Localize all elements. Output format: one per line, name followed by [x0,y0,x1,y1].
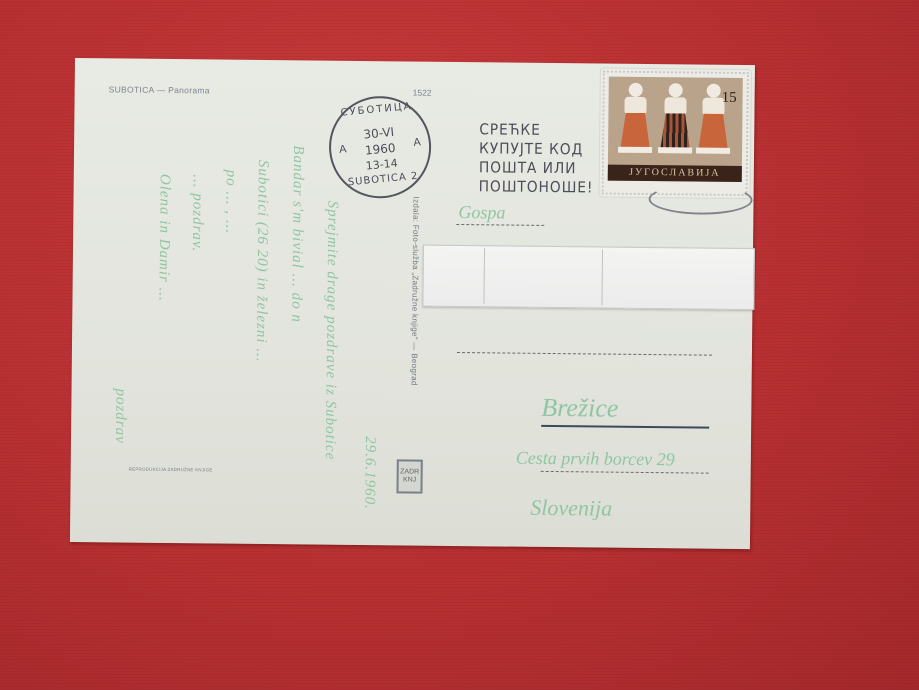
message-line: Bandar s'm bivial ... do n [287,145,306,323]
postmark: СУБОТИЦА 30-VI 1960 13-14 SUBOTICA 2 A A [325,92,436,203]
slogan-line: ПОШТОНОШЕ! [479,177,594,197]
stamp-value: 15 [722,90,737,107]
folk-dancer-figure [618,83,653,159]
address-line [456,224,544,226]
address-line [541,471,709,474]
message-line: Sprejmite drage pozdrave iz Subotice [321,201,341,461]
message-line: pozdrav [111,388,129,444]
address-street: Cesta prvih borcev 29 [516,448,675,471]
slogan-line: КУПУЈТЕ КОД [479,139,594,159]
message-line: Subotici (26 20) in železni ... [252,160,271,363]
stamp-country: ЈУГОСЛАВИЈА [608,165,742,182]
postcard-number: 1522 [413,88,432,98]
publisher-logo-icon: ZADR KNJ [396,459,422,493]
address-line [457,352,712,356]
postcard-title: SUBOTICA — Panorama [109,84,210,95]
slogan-cancel: СРЕЋКЕ КУПУЈТЕ КОД ПОШТА ИЛИ ПОШТОНОШЕ! [479,120,595,197]
slogan-line: СРЕЋКЕ [479,120,594,140]
publisher-credit: Izdala: Foto-služba „Zadružne knjige" — … [410,197,421,386]
address-underline [541,425,709,429]
wavy-cancel-mark [648,184,752,215]
slogan-line: ПОШТА ИЛИ [479,158,594,178]
postmark-letter-left: A [339,143,347,156]
folk-dancer-figure [658,83,693,159]
stamp-artwork: 15 ЈУГОСЛАВИЈА [608,77,743,182]
postage-stamp: 15 ЈУГОСЛАВИЈА [600,69,751,199]
paper-tape-strip [422,245,755,310]
recipient-name: Gospa [458,202,505,223]
postmark-letter-right: A [413,136,421,149]
message-line: Olena in Damir ... [154,174,172,302]
reproduction-credit: REPRODUKCIJA ZADRUŽNE KNJIGE [129,467,213,473]
postcard: SUBOTICA — Panorama 1522 Izdala: Foto-sl… [70,58,755,549]
address-country: Slovenija [530,495,612,522]
address-city: Brežice [541,393,618,424]
message-date: 29.6.1960. [360,436,378,510]
message-line: ... pozdrav. [188,174,206,252]
postmark-city-cyrillic: СУБОТИЦА [327,100,426,120]
message-line: po ... , ... [221,170,239,235]
